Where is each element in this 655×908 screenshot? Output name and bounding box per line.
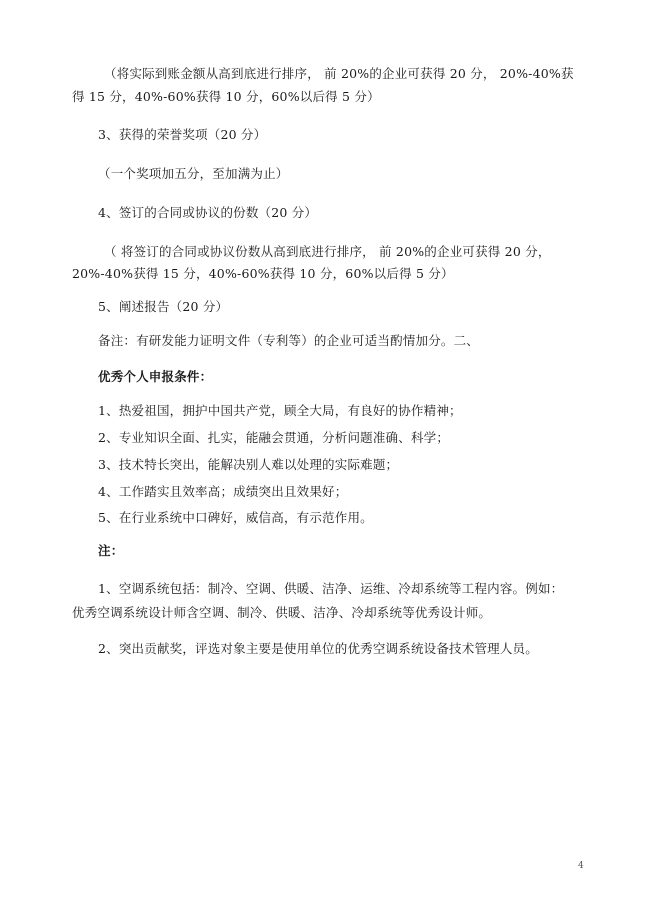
criterion-report: 5、阐述报告（20 分）: [98, 299, 228, 315]
note-2: 2、突出贡献奖，评选对象主要是使用单位的优秀空调系统设备技术管理人员。: [98, 641, 538, 657]
criterion-honors: 3、获得的荣誉奖项（20 分）: [98, 127, 266, 143]
notes-heading: 注：: [98, 543, 123, 559]
criterion-honors-note: （一个奖项加五分，至加满为止）: [98, 166, 289, 182]
scoring-rule-funds-line1: （将实际到账金额从高到底进行排序， 前 20%的企业可获得 20 分， 20%-…: [104, 66, 574, 82]
condition-item-3: 3、技术特长突出，能解决别人难以处理的实际难题；: [98, 457, 398, 473]
condition-item-2: 2、专业知识全面、扎实，能融会贯通，分析问题准确、科学；: [98, 430, 449, 446]
section-heading-individual: 优秀个人申报条件：: [98, 369, 212, 385]
condition-item-4: 4、工作踏实且效率高；成绩突出且效果好；: [98, 484, 347, 500]
criterion-contracts: 4、签订的合同或协议的份数（20 分）: [98, 205, 317, 221]
scoring-rule-contracts-line1: （ 将签订的合同或协议份数从高到底进行排序， 前 20%的企业可获得 20 分，: [104, 244, 551, 260]
note-1-line2: 优秀空调系统设计师含空调、制冷、供暖、洁净、冷却系统等优秀设计师。: [72, 605, 491, 621]
scoring-rule-contracts-line2: 20%-40%获得 15 分，40%-60%获得 10 分，60%以后得 5 分…: [72, 266, 454, 282]
remark: 备注：有研发能力证明文件（专利等）的企业可适当酌情加分。二、: [98, 333, 479, 349]
condition-item-5: 5、在行业系统中口碑好，威信高，有示范作用。: [98, 510, 373, 526]
condition-item-1: 1、热爱祖国，拥护中国共产党，顾全大局，有良好的协作精神；: [98, 403, 462, 419]
document-page: （将实际到账金额从高到底进行排序， 前 20%的企业可获得 20 分， 20%-…: [0, 0, 655, 908]
page-number: 4: [578, 861, 584, 871]
scoring-rule-funds-line2: 得 15 分，40%-60%获得 10 分，60%以后得 5 分）: [72, 89, 380, 105]
note-1-line1: 1、空调系统包括：制冷、空调、供暖、洁净、运维、冷却系统等工程内容。例如：: [98, 581, 563, 597]
